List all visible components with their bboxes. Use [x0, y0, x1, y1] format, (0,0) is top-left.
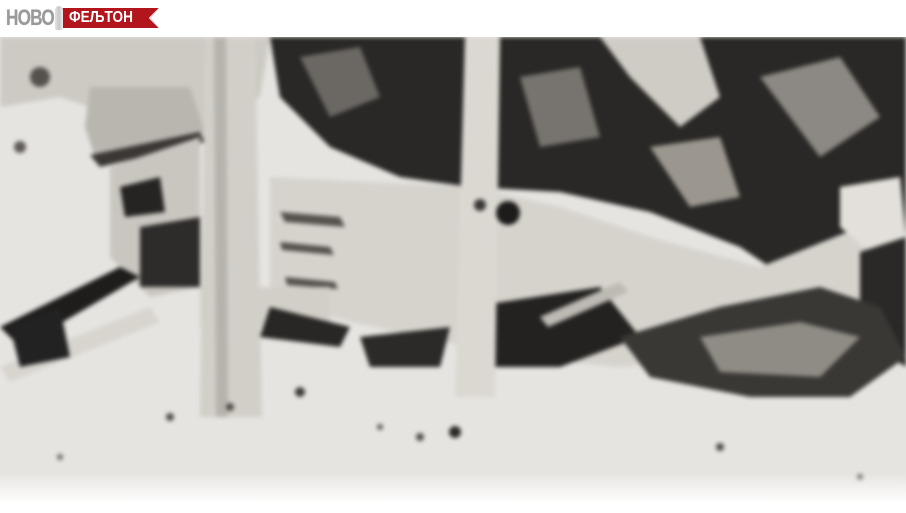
- logo-text-feljton: ФЕЉТОН: [69, 9, 133, 27]
- logo-ribbon: ФЕЉТОН: [61, 8, 158, 28]
- photo-image: [0, 37, 906, 503]
- article-photo: [0, 37, 906, 503]
- scroll-icon: [55, 6, 63, 30]
- photo-fade: [0, 473, 906, 503]
- site-header: НОВО ФЕЉТОН: [0, 0, 906, 37]
- logo-text-novo: НОВО: [6, 5, 54, 31]
- site-logo[interactable]: НОВО ФЕЉТОН: [6, 4, 159, 32]
